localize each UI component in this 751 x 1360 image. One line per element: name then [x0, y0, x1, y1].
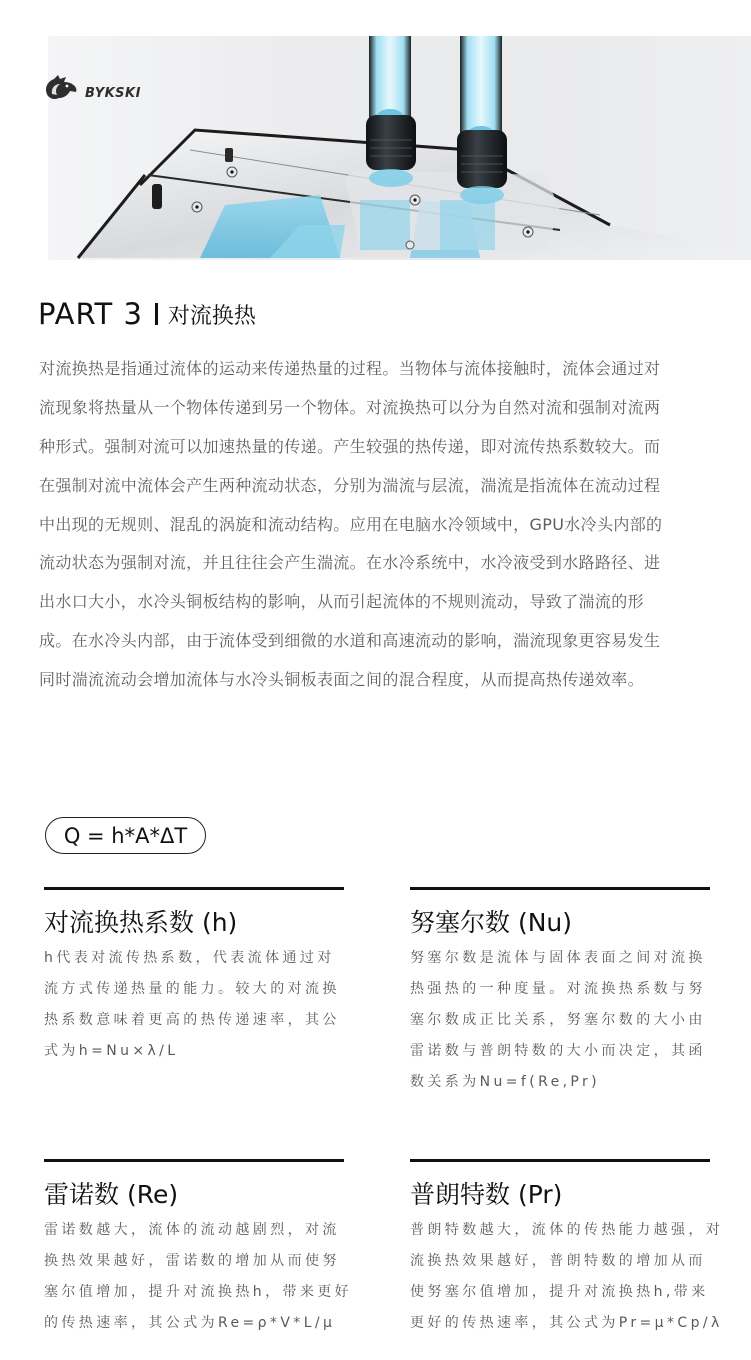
paragraph-line: 对流换热是指通过流体的运动来传递热量的过程。当物体与流体接触时，流体会通过对 — [39, 350, 725, 389]
card-prandtl-number: 普朗特数 (Pr) 普朗特数越大，流体的传热能力越强，对 流换热效果越好，普朗特… — [410, 1159, 710, 1339]
card-line: 普朗特数越大，流体的传热能力越强，对 — [410, 1215, 710, 1246]
brand-name: BYKSKI — [85, 86, 141, 101]
card-line: 热系数意味着更高的热传递速率，其公 — [44, 1005, 344, 1036]
card-line: 流换热效果越好，普朗特数的增加从而 — [410, 1246, 710, 1277]
card-title: 普朗特数 (Pr) — [410, 1177, 710, 1213]
card-title: 努塞尔数 (Nu) — [410, 905, 710, 941]
card-line: 流方式传递热量的能力。较大的对流换 — [44, 974, 344, 1005]
card-line: 换热效果越好，雷诺数的增加从而使努 — [44, 1246, 344, 1277]
paragraph-line: 同时湍流流动会增加流体与水冷头铜板表面之间的混合程度，从而提高热传递效率。 — [39, 661, 725, 700]
part-number: PART 3 — [38, 297, 143, 331]
card-line: 雷诺数越大，流体的流动越剧烈，对流 — [44, 1215, 344, 1246]
card-body: 普朗特数越大，流体的传热能力越强，对 流换热效果越好，普朗特数的增加从而 使努塞… — [410, 1215, 710, 1339]
card-divider — [410, 1159, 710, 1162]
paragraph-line: 在强制对流中流体会产生两种流动状态，分别为湍流与层流，湍流是指流体在流动过程 — [39, 467, 725, 506]
card-line: 更好的传热速率，其公式为Pr=μ*Cp/λ — [410, 1308, 710, 1339]
card-line: 塞尔数成正比关系，努塞尔数的大小由 — [410, 1005, 710, 1036]
paragraph-line: 成。在水冷头内部，由于流体受到细微的水道和高速流动的影响，湍流现象更容易发生 — [39, 622, 725, 661]
card-line: 使努塞尔值增加，提升对流换热h,带来 — [410, 1277, 710, 1308]
paragraph-line: 出水口大小，水冷头铜板结构的影响，从而引起流体的不规则流动，导致了湍流的形 — [39, 583, 725, 622]
card-body: 努塞尔数是流体与固体表面之间对流换 热强热的一种度量。对流换热系数与努 塞尔数成… — [410, 943, 710, 1098]
card-line: 努塞尔数是流体与固体表面之间对流换 — [410, 943, 710, 974]
section-heading: PART 3 对流换热 — [38, 294, 256, 334]
card-line: 式为h=Nu×λ/L — [44, 1036, 344, 1067]
card-title: 雷诺数 (Re) — [44, 1177, 344, 1213]
intro-paragraph: 对流换热是指通过流体的运动来传递热量的过程。当物体与流体接触时，流体会通过对 流… — [39, 350, 725, 700]
card-line: 雷诺数与普朗特数的大小而决定，其函 — [410, 1036, 710, 1067]
card-line: 数关系为Nu=f(Re,Pr) — [410, 1067, 710, 1098]
dragon-head-icon — [42, 74, 82, 104]
brand-logo: BYKSKI — [42, 72, 154, 106]
card-line: 的传热速率，其公式为Re=ρ*V*L/μ — [44, 1308, 344, 1339]
paragraph-line: 中出现的无规则、混乱的涡旋和流动结构。应用在电脑水冷领域中，GPU水冷头内部的 — [39, 506, 725, 545]
card-body: 雷诺数越大，流体的流动越剧烈，对流 换热效果越好，雷诺数的增加从而使努 塞尔值增… — [44, 1215, 344, 1339]
card-reynolds-number: 雷诺数 (Re) 雷诺数越大，流体的流动越剧烈，对流 换热效果越好，雷诺数的增加… — [44, 1159, 344, 1339]
heat-transfer-formula: Q = h*A*ΔT — [45, 817, 206, 854]
card-line: 热强热的一种度量。对流换热系数与努 — [410, 974, 710, 1005]
heading-divider — [155, 303, 158, 325]
card-title: 对流换热系数 (h) — [44, 905, 344, 941]
water-block-product-image — [0, 0, 751, 262]
card-convection-coefficient: 对流换热系数 (h) h代表对流传热系数，代表流体通过对 流方式传递热量的能力。… — [44, 887, 344, 1067]
card-nusselt-number: 努塞尔数 (Nu) 努塞尔数是流体与固体表面之间对流换 热强热的一种度量。对流换… — [410, 887, 710, 1098]
card-divider — [44, 887, 344, 890]
paragraph-line: 流现象将热量从一个物体传递到另一个物体。对流换热可以分为自然对流和强制对流两 — [39, 389, 725, 428]
card-divider — [44, 1159, 344, 1162]
card-line: h代表对流传热系数，代表流体通过对 — [44, 943, 344, 974]
hero-banner: BYKSKI — [0, 0, 751, 262]
section-title: 对流换热 — [168, 299, 256, 330]
card-line: 塞尔值增加，提升对流换热h，带来更好 — [44, 1277, 344, 1308]
paragraph-line: 种形式。强制对流可以加速热量的传递。产生较强的热传递，即对流传热系数较大。而 — [39, 428, 725, 467]
card-divider — [410, 887, 710, 890]
card-body: h代表对流传热系数，代表流体通过对 流方式传递热量的能力。较大的对流换 热系数意… — [44, 943, 344, 1067]
paragraph-line: 流动状态为强制对流，并且往往会产生湍流。在水冷系统中，水冷液受到水路路径、进 — [39, 544, 725, 583]
